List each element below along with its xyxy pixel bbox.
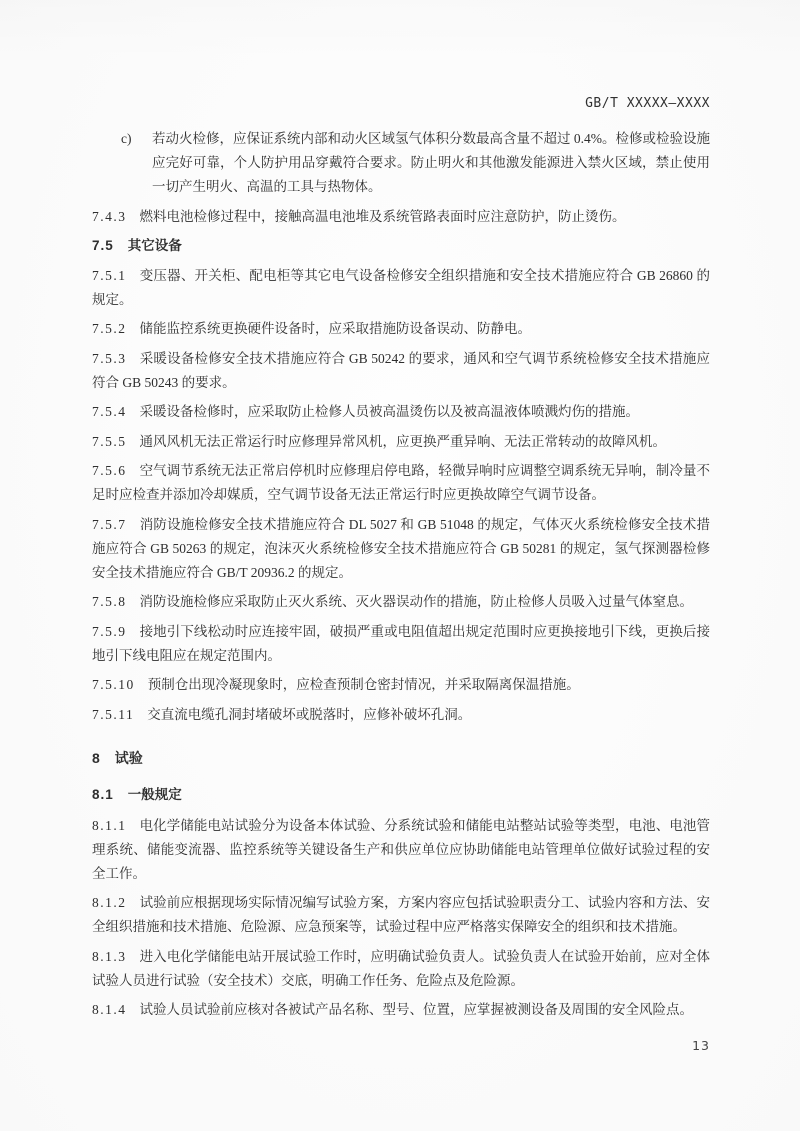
- clause-7-5-3: 7.5.3采暖设备检修安全技术措施应符合 GB 50242 的要求，通风和空气调…: [92, 347, 710, 395]
- clause-7-5-11: 7.5.11交直流电缆孔洞封堵破坏或脱落时，应修补破坏孔洞。: [92, 703, 710, 727]
- clause-text: 通风风机无法正常运行时应修理异常风机，应更换严重异响、无法正常转动的故障风机。: [140, 434, 667, 449]
- clause-number: 7.5.5: [92, 434, 127, 449]
- clause-7-5-1: 7.5.1变压器、开关柜、配电柜等其它电气设备检修安全组织措施和安全技术措施应符…: [92, 264, 710, 312]
- scanned-standard-page: GB/T XXXXX—XXXX c) 若动火检修，应保证系统内部和动火区域氢气体…: [0, 0, 800, 1131]
- list-item-text: 若动火检修，应保证系统内部和动火区域氢气体积分数最高含量不超过 0.4%。检修或…: [152, 131, 710, 194]
- clause-number: 7.4.3: [92, 209, 127, 224]
- page-content: GB/T XXXXX—XXXX c) 若动火检修，应保证系统内部和动火区域氢气体…: [0, 0, 800, 1022]
- clause-number: 7.5.2: [92, 321, 127, 336]
- list-marker: c): [121, 127, 132, 151]
- clause-8-1-4: 8.1.4试验人员试验前应核对各被试产品名称、型号、位置，应掌握被测设备及周围的…: [92, 998, 710, 1022]
- clause-text: 电化学储能电站试验分为设备本体试验、分系统试验和储能电站整站试验等类型，电池、电…: [92, 818, 710, 881]
- heading-number: 8.1: [92, 787, 114, 802]
- clause-number: 7.5.1: [92, 268, 127, 283]
- clause-text: 采暖设备检修时，应采取防止检修人员被高温烫伤以及被高温液体喷溅灼伤的措施。: [140, 404, 640, 419]
- clause-text: 消防设施检修安全技术措施应符合 DL 5027 和 GB 51048 的规定，气…: [92, 517, 710, 580]
- heading-8: 8试验: [92, 746, 710, 770]
- heading-number: 7.5: [92, 238, 114, 253]
- clause-number: 7.5.4: [92, 404, 127, 419]
- clause-7-5-7: 7.5.7消防设施检修安全技术措施应符合 DL 5027 和 GB 51048 …: [92, 513, 710, 585]
- clause-number: 7.5.3: [92, 351, 127, 366]
- clause-number: 7.5.10: [92, 677, 135, 692]
- clause-8-1-2: 8.1.2试验前应根据现场实际情况编写试验方案，方案内容应包括试验职责分工、试验…: [92, 891, 710, 939]
- clause-number: 8.1.1: [92, 818, 127, 833]
- clause-text: 采暖设备检修安全技术措施应符合 GB 50242 的要求，通风和空气调节系统检修…: [92, 351, 710, 390]
- page-number: 13: [0, 1028, 800, 1053]
- heading-number: 8: [92, 750, 101, 766]
- clause-text: 燃料电池检修过程中，接触高温电池堆及系统管路表面时应注意防护，防止烫伤。: [140, 209, 626, 224]
- heading-7-5: 7.5其它设备: [92, 234, 710, 258]
- clause-text: 空气调节系统无法正常启停机时应修理启停电路，轻微异响时应调整空调系统无异响，制冷…: [92, 463, 710, 502]
- heading-title: 试验: [115, 750, 143, 766]
- clause-text: 交直流电缆孔洞封堵破坏或脱落时，应修补破坏孔洞。: [147, 707, 471, 722]
- clause-text: 接地引下线松动时应连接牢固，破损严重或电阻值超出规定范围时应更换接地引下线，更换…: [92, 624, 710, 663]
- standard-code-header: GB/T XXXXX—XXXX: [92, 94, 710, 114]
- clause-number: 8.1.4: [92, 1002, 127, 1017]
- clause-text: 进入电化学储能电站开展试验工作时，应明确试验负责人。试验负责人在试验开始前，应对…: [92, 949, 710, 988]
- clause-number: 8.1.3: [92, 949, 127, 964]
- clause-7-5-9: 7.5.9接地引下线松动时应连接牢固，破损严重或电阻值超出规定范围时应更换接地引…: [92, 620, 710, 668]
- clause-8-1-1: 8.1.1电化学储能电站试验分为设备本体试验、分系统试验和储能电站整站试验等类型…: [92, 814, 710, 886]
- clause-text: 变压器、开关柜、配电柜等其它电气设备检修安全组织措施和安全技术措施应符合 GB …: [92, 268, 710, 307]
- clause-7-5-2: 7.5.2储能监控系统更换硬件设备时，应采取措施防设备误动、防静电。: [92, 317, 710, 341]
- clause-text: 储能监控系统更换硬件设备时，应采取措施防设备误动、防静电。: [140, 321, 532, 336]
- list-item-c: c) 若动火检修，应保证系统内部和动火区域氢气体积分数最高含量不超过 0.4%。…: [92, 127, 710, 199]
- clause-text: 预制仓出现冷凝现象时，应检查预制仓密封情况，并采取隔离保温措施。: [148, 677, 580, 692]
- heading-8-1: 8.1一般规定: [92, 783, 710, 807]
- heading-title: 其它设备: [128, 238, 182, 253]
- clause-7-5-5: 7.5.5通风风机无法正常运行时应修理异常风机，应更换严重异响、无法正常转动的故…: [92, 430, 710, 454]
- clause-number: 7.5.6: [92, 463, 127, 478]
- clause-7-5-6: 7.5.6空气调节系统无法正常启停机时应修理启停电路，轻微异响时应调整空调系统无…: [92, 459, 710, 507]
- clause-7-5-4: 7.5.4采暖设备检修时，应采取防止检修人员被高温烫伤以及被高温液体喷溅灼伤的措…: [92, 400, 710, 424]
- clause-text: 试验前应根据现场实际情况编写试验方案，方案内容应包括试验职责分工、试验内容和方法…: [92, 895, 710, 934]
- clause-number: 7.5.9: [92, 624, 127, 639]
- clause-7-5-8: 7.5.8消防设施检修应采取防止灭火系统、灭火器误动作的措施，防止检修人员吸入过…: [92, 590, 710, 614]
- heading-title: 一般规定: [128, 787, 182, 802]
- clause-7-4-3: 7.4.3燃料电池检修过程中，接触高温电池堆及系统管路表面时应注意防护，防止烫伤…: [92, 205, 710, 229]
- clause-8-1-3: 8.1.3进入电化学储能电站开展试验工作时，应明确试验负责人。试验负责人在试验开…: [92, 945, 710, 993]
- clause-number: 7.5.8: [92, 594, 127, 609]
- clause-number: 7.5.11: [92, 707, 134, 722]
- clause-7-5-10: 7.5.10预制仓出现冷凝现象时，应检查预制仓密封情况，并采取隔离保温措施。: [92, 673, 710, 697]
- clause-number: 7.5.7: [92, 517, 127, 532]
- clause-text: 试验人员试验前应核对各被试产品名称、型号、位置，应掌握被测设备及周围的安全风险点…: [140, 1002, 694, 1017]
- clause-number: 8.1.2: [92, 895, 127, 910]
- clause-text: 消防设施检修应采取防止灭火系统、灭火器误动作的措施，防止检修人员吸入过量气体窒息…: [140, 594, 694, 609]
